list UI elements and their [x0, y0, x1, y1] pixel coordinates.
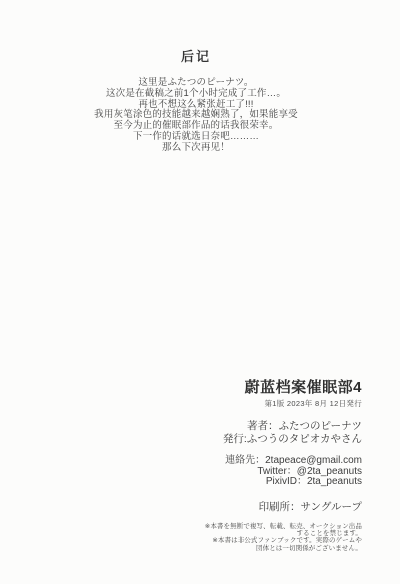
- disclaimer-note-line: ※本書を無断で複写、転載、転売、オークション出品: [205, 523, 362, 530]
- afterword-section: 后记 这里是ふたつのピーナツ。 这次是在截稿之前1个小时完成了工作…。 再也不想…: [0, 46, 392, 154]
- afterword-line: 这次是在截稿之前1个小时完成了工作…。: [0, 89, 392, 100]
- publisher-line: 発行:ふつうのタピオカやさん: [205, 433, 362, 446]
- afterword-line: 那么下次再见！: [0, 143, 392, 154]
- author-block: 著者：ふたつのピーナツ 発行:ふつうのタピオカやさん: [205, 420, 362, 445]
- disclaimer-note-line: ※本書は非公式ファンブックです。実際のゲームや: [205, 537, 362, 544]
- book-title: 蔚蓝档案催眠部4: [205, 379, 362, 396]
- afterword-body: 这里是ふたつのピーナツ。 这次是在截稿之前1个小时完成了工作…。 再也不想这么紧…: [0, 78, 392, 154]
- contact-pixiv: PixivID：2ta_peanuts: [205, 477, 362, 488]
- contact-email: 連絡先：2tapeace@gmail.com: [205, 456, 362, 467]
- printer-line: 印刷所：サングループ: [205, 499, 362, 514]
- scanned-afterword-page: 后记 这里是ふたつのピーナツ。 这次是在截稿之前1个小时完成了工作…。 再也不想…: [0, 0, 400, 584]
- disclaimer-notes: ※本書を無断で複写、転載、転売、オークション出品 することを禁じます。 ※本書は…: [205, 523, 362, 552]
- colophon-section: 蔚蓝档案催眠部4 第1版 2023年 8月 12日発行 著者：ふたつのピーナツ …: [205, 379, 362, 552]
- edition-line: 第1版 2023年 8月 12日発行: [205, 398, 362, 409]
- contact-block: 連絡先：2tapeace@gmail.com Twitter：@2ta_pean…: [205, 456, 362, 488]
- disclaimer-note-line: 団体とは一切関係がございません。: [205, 545, 362, 552]
- afterword-title: 后记: [0, 46, 392, 65]
- author-line: 著者：ふたつのピーナツ: [205, 420, 362, 433]
